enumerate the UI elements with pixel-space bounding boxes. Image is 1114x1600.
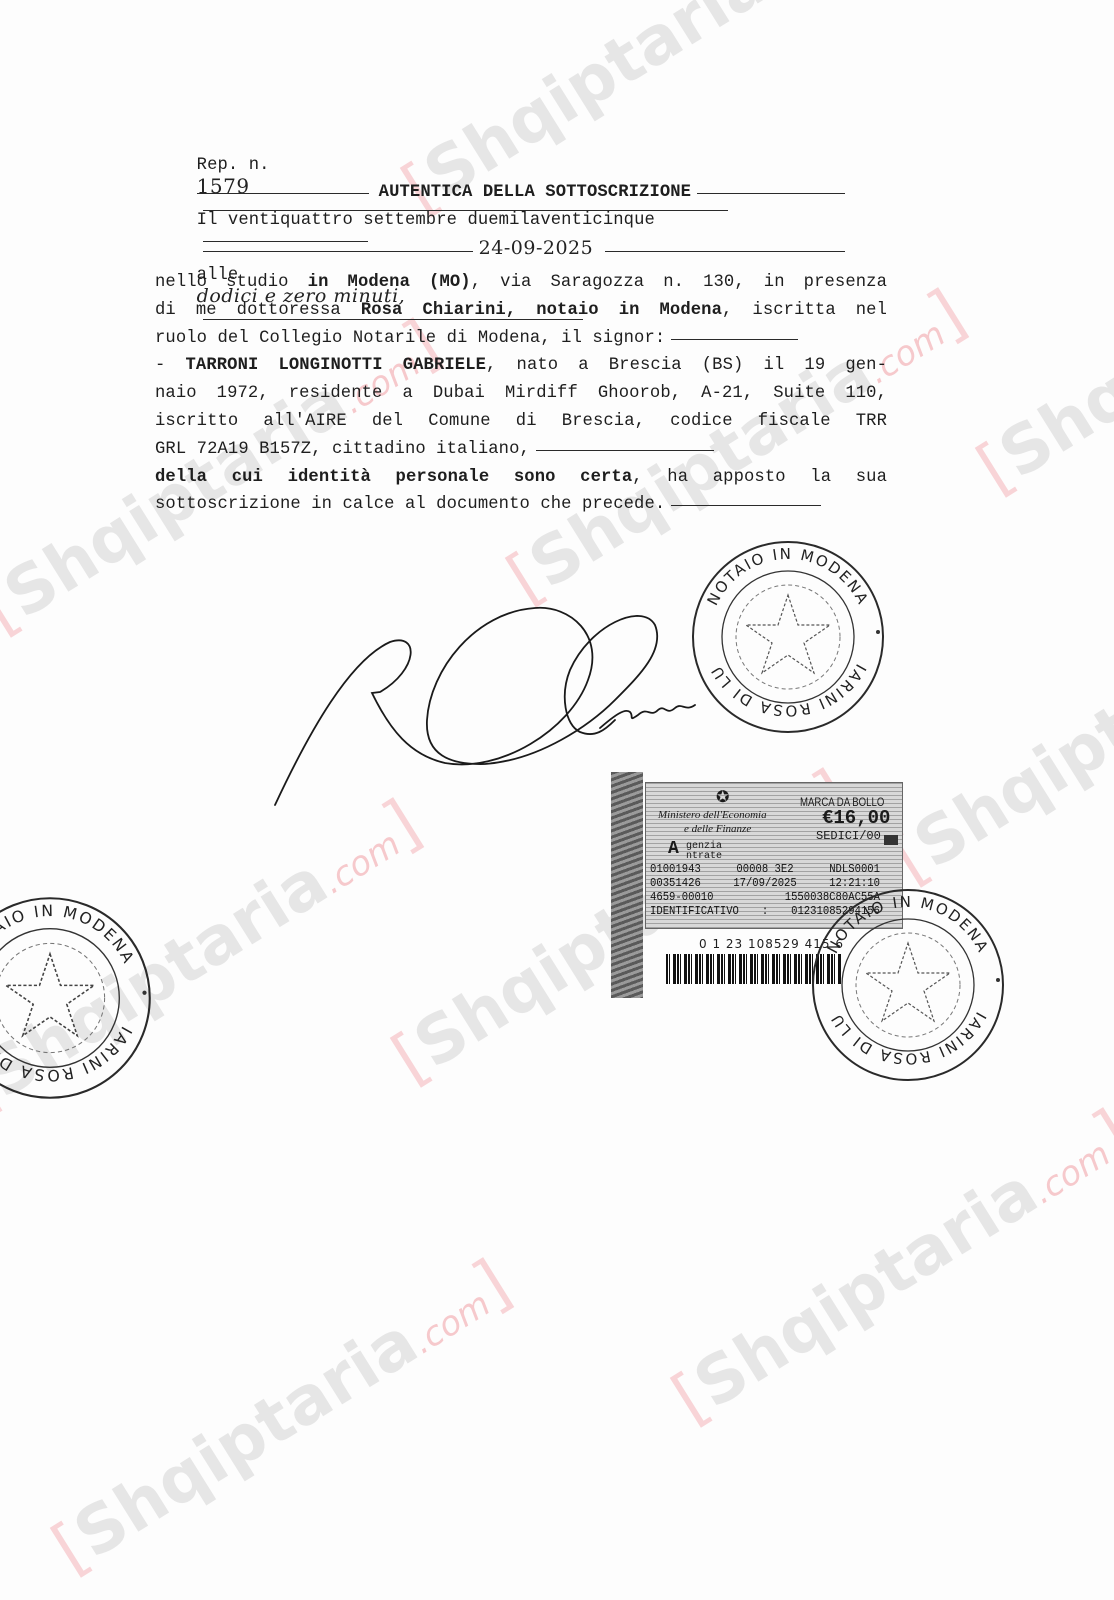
svg-text:NOTAIO IN MODENA: NOTAIO IN MODENA (824, 893, 993, 956)
emblem-icon: ✪ (716, 787, 729, 807)
stamp-border (611, 772, 643, 998)
agency-line2: ntrate (686, 851, 722, 862)
watermark: [Shqiptaria.com] (964, 165, 1114, 507)
paragraph-line: della cui identità personale sono certa,… (155, 468, 887, 488)
paragraph-line: ruolo del Collegio Notarile di Modena, i… (155, 329, 798, 349)
paragraph-line: sottoscrizione in calce al documento che… (155, 495, 821, 515)
paragraph-line: GRL 72A19 B157Z, cittadino italiano, (155, 440, 714, 460)
ministry-line2: e delle Finanze (684, 823, 751, 835)
filler-rule (536, 450, 714, 451)
stamp-code: 00351426 (650, 877, 701, 891)
paragraph-line: nello studio in Modena (MO), via Saragoz… (155, 273, 887, 293)
stamp-code: 17/09/2025 (733, 877, 796, 891)
stamp-code: IDENTIFICATIVO (650, 905, 739, 919)
paragraph-line: - TARRONI LONGINOTTI GABRIELE, nato a Br… (155, 356, 887, 376)
stamp-code: NDLS0001 (829, 863, 880, 877)
filler-rule (671, 339, 798, 340)
bold-text: in Modena (MO) (308, 273, 471, 292)
stamp-code: 00008 3E2 (736, 863, 793, 877)
bold-text: TARRONI LONGINOTTI GABRIELE (186, 356, 487, 375)
svg-text:NOTAIO IN MODENA: NOTAIO IN MODENA (704, 545, 873, 608)
stamp-amount: €16,00 (822, 807, 890, 829)
bold-text: Rosa Chiarini, notaio in Modena (361, 301, 722, 320)
paragraph-line: di me dottoressa Rosa Chiarini, notaio i… (155, 301, 887, 321)
filler-rule (697, 193, 845, 194)
stamp-code: 4659-00010 (650, 891, 713, 905)
watermark: [Shqiptaria.com] (39, 1245, 523, 1587)
stamp-code: 01001943 (650, 863, 701, 877)
svg-text:NOTAIO IN MODENA: NOTAIO IN MODENA (0, 901, 139, 968)
stamp-code: : (762, 905, 768, 919)
notary-seal: NOTAIO IN MODENA CHIARINI ROSA DI LUIGI (688, 537, 888, 737)
watermark: [Shqiptaria.com] (659, 1095, 1114, 1437)
agency-logo-icon: A (668, 839, 679, 859)
ministry-line1: Ministero dell'Economia (658, 809, 767, 821)
notary-seal: NOTAIO IN MODENA CHIARINI ROSA DI LUIGI (808, 885, 1008, 1085)
notary-seal: NOTAIO IN MODENA CHIARINI ROSA DI LUIGI (0, 893, 155, 1103)
paragraph-line: iscritto all'AIRE del Comune di Brescia,… (155, 412, 887, 432)
filler-rule (605, 251, 845, 252)
paragraph-line: naio 1972, residente a Dubai Mirdiff Gho… (155, 384, 887, 404)
stamp-code-row: 0100194300008 3E2NDLS0001 (650, 863, 880, 877)
stamp-amount-words: SEDICI/00 (816, 829, 881, 843)
watermark: [Shqiptaria.com] (879, 555, 1114, 897)
stamp-mark (884, 835, 898, 845)
document-page: [Shqiptaria.com] [Shqiptaria.com] [Shqip… (0, 0, 1114, 1600)
bold-text: della cui identità personale sono certa (155, 468, 632, 487)
filler-rule (671, 505, 821, 506)
